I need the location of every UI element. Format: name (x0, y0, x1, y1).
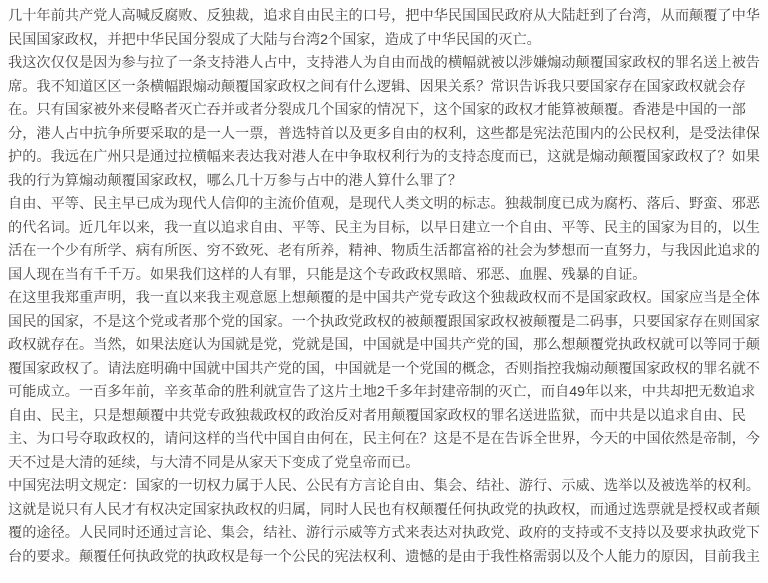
text-line: 中国宪法明文规定：国家的一切权力属于人民、公民有方言论自由、集会、结社、游行、示… (8, 475, 760, 499)
text-line: 的代名词。近几年以来，我一直以追求自由、平等、民主为目标，以早日建立一个自由、平… (8, 217, 760, 241)
text-line: 台的要求。颠覆任何执政党的执政权是每一个公民的宪法权利、遗憾的是由于我性格需弱以… (8, 546, 760, 570)
paragraph: 在这里我郑重声明，我一直以来我主观意愿上想颠覆的是中国共产党专政这个独裁政权而不… (8, 287, 760, 475)
text-line: 我的行为算煽动颠覆国家政权，哪么几十万参与占中的港人算什么罪了？ (8, 170, 760, 194)
text-line: 我这次仅仅是因为参与拉了一条支持港人占中，支持港人为自由而战的横幅就被以涉嫌煽动… (8, 52, 760, 76)
text-line: 在这里我郑重声明，我一直以来我主观意愿上想颠覆的是中国共产党专政这个独裁政权而不… (8, 287, 760, 311)
text-line: 分，港人占中抗争所要采取的是一人一票，普选特首以及更多自由的权利，这些都是宪法范… (8, 123, 760, 147)
text-line: 国人现在当有千千万。如果我们这样的人有罪，只能是这个专政政权黑暗、邪恶、血腥、残… (8, 264, 760, 288)
text-line: 可能成立。一百多年前，辛亥革命的胜利就宣告了这片土地2千多年封建帝制的灭亡，而自… (8, 381, 760, 405)
text-line: 覆国家政权了。请法庭明确中国就中国共产党的国，中国就是一个党国的概念，否则指控我… (8, 358, 760, 382)
text-line: 这就是说只有人民才有权决定国家执政权的归属，同时人民也有权颠覆任何执政党的执政权… (8, 499, 760, 523)
text-line: 在。只有国家被外来侵略者灭亡吞并或者分裂成几个国家的情况下，这个国家的政权才能算… (8, 99, 760, 123)
text-line: 自由、平等、民主早已成为现代人信仰的主流价值观，是现代人类文明的标志。独裁制度已… (8, 193, 760, 217)
paragraph: 几十年前共产党人高喊反腐败、反独裁，追求自由民主的口号，把中华民国国民政府从大陆… (8, 5, 760, 52)
text-line: 活在一个少有所学、病有所医、穷不致死、老有所养，精神、物质生活都富裕的社会为梦想… (8, 240, 760, 264)
text-line: 覆的途径。人民同时还通过言论、集会，结社、游行示威等方式来表达对执政党、政府的支… (8, 522, 760, 546)
paragraph: 我这次仅仅是因为参与拉了一条支持港人占中，支持港人为自由而战的横幅就被以涉嫌煽动… (8, 52, 760, 193)
text-line: 席。我不知道区区一条横幅跟煽动颠覆国家政权之间有什么逻辑、因果关系？常识告诉我只… (8, 76, 760, 100)
text-line: 自由、民主，只是想颠覆中共党专政独裁政权的政治反对者用颠覆国家政权的罪名送进监狱… (8, 405, 760, 429)
text-line: 护的。我远在广州只是通过拉横幅来表达我对港人在中争取权利行为的支持态度而已，这就… (8, 146, 760, 170)
text-line: 民国国家政权，并把中华民国分裂成了大陆与台湾2个国家，造成了中华民国的灭亡。 (8, 29, 760, 53)
document-body: 几十年前共产党人高喊反腐败、反独裁，追求自由民主的口号，把中华民国国民政府从大陆… (0, 0, 768, 583)
paragraph: 中国宪法明文规定：国家的一切权力属于人民、公民有方言论自由、集会、结社、游行、示… (8, 475, 760, 569)
text-line: 政权就存在。当然，如果法庭认为国就是党，党就是国，中国就是中国共产党的国，那么想… (8, 334, 760, 358)
paragraph: 自由、平等、民主早已成为现代人信仰的主流价值观，是现代人类文明的标志。独裁制度已… (8, 193, 760, 287)
paragraph-container: 几十年前共产党人高喊反腐败、反独裁，追求自由民主的口号，把中华民国国民政府从大陆… (8, 5, 760, 569)
text-line: 天不过是大清的延续，与大清不同是从家天下变成了党皇帝而已。 (8, 452, 760, 476)
text-line: 几十年前共产党人高喊反腐败、反独裁，追求自由民主的口号，把中华民国国民政府从大陆… (8, 5, 760, 29)
text-line: 国民的国家，不是这个党或者那个党的国家。一个执政党政权的被颠覆跟国家政权被颠覆是… (8, 311, 760, 335)
text-line: 主、为口号夺取政权的，请问这样的当代中国自由何在，民主何在？这是不是在告诉全世界… (8, 428, 760, 452)
